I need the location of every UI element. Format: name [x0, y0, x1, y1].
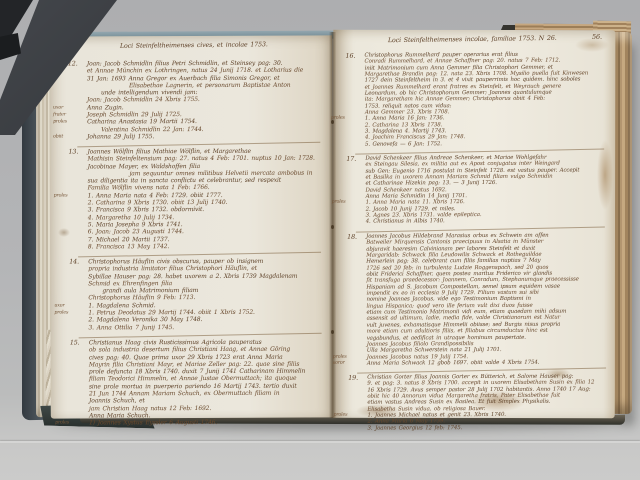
line-text: 4. Christianus in Albis 1740. [366, 219, 445, 226]
manuscript-line: 4. Christianus in Albis 1740. [366, 218, 610, 226]
register-entry: 14.Christophorus Häuflin civis obscurus,… [88, 258, 326, 332]
manuscript-line: 3. Anna Ottilia 7 Junij 1745. [88, 324, 326, 332]
margin-label: proles [54, 192, 86, 199]
margin-label: proles [331, 116, 363, 123]
gutter-stitch [331, 330, 334, 334]
right-page-entries: 16.Christophorus Rummelhard pauper opera… [364, 51, 611, 436]
entry-number: 19. [348, 375, 358, 381]
entry-number: 18. [347, 234, 357, 240]
table-seam [0, 441, 640, 443]
manuscript-line: sororAnna Maria Schwack 12 gbob 1697. ob… [367, 359, 611, 367]
margin-label: proles [55, 420, 87, 427]
entry-number: 14. [69, 259, 79, 266]
margin-label: proles [332, 200, 364, 207]
book-strap [0, 0, 150, 135]
register-entry: 15.Christianus Haag civis Rusticissimus … [89, 339, 327, 427]
register-entry: 13.Joannes Wölflin filius Mathiae Wölfli… [88, 148, 326, 251]
line-text: 5. Genovefa — 6 Jan: 1752. [365, 141, 442, 148]
line-text: 8. Francisca 13 May 1742. [88, 243, 169, 251]
manuscript-line: 3. Joannes Georgius 12 feb: 1745. [368, 424, 612, 432]
line-text: Anna Maria Schwack 12 gbob 1697. obiit v… [367, 360, 540, 367]
line-text: 3. Anna Ottilia 7 Junij 1745. [88, 324, 174, 332]
photo-of-manuscript-book: Loci Steinfeltheimenses cives, et incola… [0, 0, 640, 480]
register-entry: 19.Christian Gorter filius Joannis Gorte… [367, 374, 611, 432]
entry-number: 16. [345, 53, 355, 59]
line-text: 3. Joannes Georgius 12 feb: 1745. [368, 425, 463, 432]
margin-label: proles [333, 413, 365, 420]
entry-number: 13. [69, 149, 79, 156]
book-strap-group [0, 0, 150, 135]
register-entry: 17.David Schenkeer filius Andreae Schenk… [365, 155, 609, 226]
margin-label: soror [333, 360, 365, 367]
margin-label: proles [54, 310, 86, 317]
manuscript-line: proles1) Joannes Xystus Eyssler 6 August… [89, 419, 327, 427]
register-entry: 18.Joannes Jacobus Hildebrand Marasius o… [366, 232, 611, 366]
manuscript-line: 8. Francisca 13 May 1742. [88, 243, 326, 251]
entry-number: 15. [70, 340, 80, 347]
manuscript-line: 5. Genovefa — 6 Jan: 1752. [365, 140, 609, 148]
line-text: 1) Joannes Xystus Eyssler 6 Augusti 1746… [89, 420, 217, 428]
gutter-stitch [331, 225, 334, 229]
entry-number: 17. [346, 156, 356, 162]
register-entry: 16.Christophorus Rummelhard pauper opera… [364, 51, 608, 147]
page-number: 56. [592, 33, 602, 41]
foxing-stain [58, 228, 70, 237]
